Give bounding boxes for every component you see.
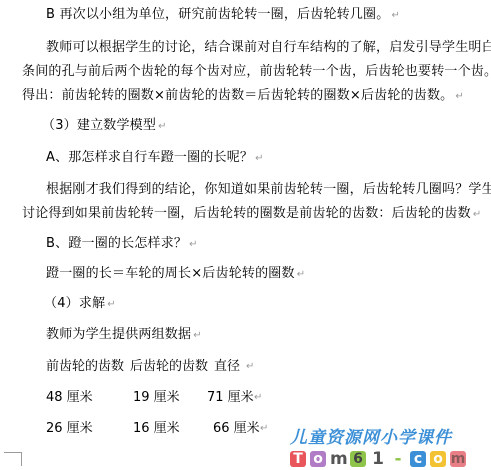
paragraph-mark-icon: ↵ bbox=[260, 421, 268, 437]
header-diameter: 直径 bbox=[214, 359, 240, 375]
site-watermark-logo: 儿童资源网小学课件 T o m 6 1 - c o m bbox=[288, 428, 491, 470]
paragraph-mark-icon: ↵ bbox=[391, 10, 400, 21]
text-line-conclusion-1: 根据刚才我们得到的结论，你知道如果前齿轮转一圈，后齿轮转几圈吗？学生经过 bbox=[46, 182, 491, 198]
text-line-question-a: A、那怎样求自行车蹬一圈的长呢？↵ bbox=[46, 150, 264, 167]
logo-letter-m: m bbox=[330, 449, 346, 469]
line-text: 讨论得到如果前齿轮转一圈，后齿轮转的圈数是前齿轮的齿数：后齿轮的齿数 bbox=[22, 206, 471, 221]
line-text: A、那怎样求自行车蹬一圈的长呢？ bbox=[46, 150, 253, 165]
logo-letter-c: c bbox=[410, 451, 426, 467]
paragraph-mark-icon: ↵ bbox=[297, 269, 306, 280]
table-cell: 19 厘米 bbox=[133, 390, 180, 406]
logo-letter-o: o bbox=[310, 451, 326, 467]
logo-letter-o-2: o bbox=[430, 451, 446, 467]
line-text: 蹬一圈的长＝车轮的周长×后齿轮转的圈数 bbox=[46, 266, 295, 281]
line-text: B 再次以小组为单位，研究前齿轮转一圈，后齿轮转几圈。 bbox=[46, 7, 389, 22]
text-line-data-intro: 教师为学生提供两组数据↵ bbox=[46, 327, 202, 344]
paragraph-mark-icon: ↵ bbox=[193, 330, 202, 341]
paragraph-mark-icon: ↵ bbox=[473, 209, 482, 220]
heading-text: （3）建立数学模型 bbox=[42, 118, 156, 133]
text-line-teacher-guide-1: 教师可以根据学生的讨论，结合课前对自行车结构的了解，启发引导学生明白“链 bbox=[46, 40, 491, 56]
paragraph-mark-icon: ↵ bbox=[189, 239, 198, 250]
table-cell: 66 厘米 bbox=[213, 421, 260, 437]
header-front-gear-teeth: 前齿轮的齿数 bbox=[46, 359, 124, 375]
line-text: 得出：前齿轮转的圈数×前齿轮的齿数＝后齿轮转的圈数×后齿轮的齿数。 bbox=[22, 88, 453, 103]
paragraph-mark-icon: ↵ bbox=[254, 390, 262, 406]
section-3-heading: （3）建立数学模型↵ bbox=[42, 118, 167, 135]
text-line-b-step: B 再次以小组为单位，研究前齿轮转一圈，后齿轮转几圈。↵ bbox=[46, 7, 400, 24]
line-text: 条间的孔与前后两个齿轮的每个齿对应，前齿轮转一个齿，后齿轮也要转一个齿。从而 bbox=[22, 64, 491, 79]
heading-text: （4）求解 bbox=[44, 296, 105, 311]
paragraph-mark-icon: ↵ bbox=[455, 91, 464, 102]
table-cell: 48 厘米 bbox=[46, 390, 93, 406]
table-cell: 71 厘米 bbox=[207, 390, 254, 406]
line-text: 根据刚才我们得到的结论，你知道如果前齿轮转一圈，后齿轮转几圈吗？学生经过 bbox=[46, 182, 491, 197]
page-corner-mark bbox=[4, 452, 22, 466]
watermark-logo-row: T o m 6 1 - c o m bbox=[290, 449, 466, 469]
logo-digit-6: 6 bbox=[350, 451, 366, 467]
text-line-question-b: B、蹬一圈的长怎样求？↵ bbox=[46, 236, 198, 253]
logo-letter-t: T bbox=[290, 451, 306, 467]
text-line-formula: 蹬一圈的长＝车轮的周长×后齿轮转的圈数↵ bbox=[46, 266, 305, 283]
section-4-heading: （4）求解↵ bbox=[44, 296, 116, 313]
watermark-title: 儿童资源网小学课件 bbox=[290, 428, 452, 448]
paragraph-mark-icon: ↵ bbox=[107, 299, 116, 310]
table-cell: 16 厘米 bbox=[133, 421, 180, 437]
line-text: 教师为学生提供两组数据 bbox=[46, 327, 191, 342]
logo-dash: - bbox=[390, 449, 406, 469]
paragraph-mark-icon: ↵ bbox=[255, 153, 264, 164]
text-line-teacher-guide-3: 得出：前齿轮转的圈数×前齿轮的齿数＝后齿轮转的圈数×后齿轮的齿数。↵ bbox=[22, 88, 464, 105]
line-text: 教师可以根据学生的讨论，结合课前对自行车结构的了解，启发引导学生明白“链 bbox=[46, 40, 491, 55]
logo-digit-1: 1 bbox=[370, 449, 386, 469]
logo-letter-m-2: m bbox=[450, 451, 466, 467]
table-cell: 26 厘米 bbox=[46, 421, 93, 437]
line-text: B、蹬一圈的长怎样求？ bbox=[46, 236, 187, 251]
header-rear-gear-teeth: 后齿轮的齿数 bbox=[130, 359, 208, 375]
text-line-conclusion-2: 讨论得到如果前齿轮转一圈，后齿轮转的圈数是前齿轮的齿数：后齿轮的齿数↵ bbox=[22, 206, 481, 223]
paragraph-mark-icon: ↵ bbox=[246, 359, 254, 375]
text-line-teacher-guide-2: 条间的孔与前后两个齿轮的每个齿对应，前齿轮转一个齿，后齿轮也要转一个齿。从而 bbox=[22, 64, 491, 80]
paragraph-mark-icon: ↵ bbox=[158, 121, 167, 132]
